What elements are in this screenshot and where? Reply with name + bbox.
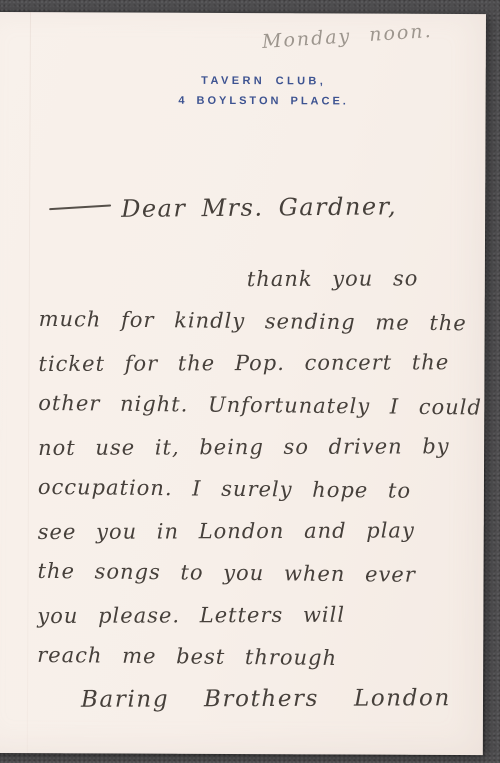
letter-paper: Monday noon. TAVERN CLUB, 4 BOYLSTON PLA… (0, 12, 486, 755)
flourish-dash (49, 204, 111, 210)
letter-line: the songs to you when ever (37, 550, 463, 596)
letter-line: thank you so (39, 257, 465, 301)
letter-line: other night. Unfortunately I could (38, 382, 464, 428)
letter-line-signoff: Baring Brothers London (37, 677, 463, 721)
letter-line: ticket for the Pop. concert the (38, 341, 464, 385)
letter-line: reach me best through (37, 634, 463, 680)
letter-line: you please. Letters will (37, 593, 463, 637)
letterhead: TAVERN CLUB, 4 BOYLSTON PLACE. (0, 74, 486, 108)
letter-line: occupation. I surely hope to (38, 466, 464, 512)
photo-background: Monday noon. TAVERN CLUB, 4 BOYLSTON PLA… (0, 0, 500, 763)
handwritten-date-note: Monday noon. (261, 20, 433, 53)
salutation-text: Dear Mrs. Gardner, (121, 192, 397, 223)
salutation: Dear Mrs. Gardner, (49, 192, 397, 223)
letter-line: much for kindly sending me the (38, 298, 464, 344)
letter-body: thank you so much for kindly sending me … (37, 257, 465, 721)
paper-crease (27, 12, 31, 753)
letter-line: not use it, being so driven by (38, 425, 464, 469)
letterhead-club-name: TAVERN CLUB, (42, 74, 486, 88)
letterhead-address: 4 BOYLSTON PLACE. (42, 94, 486, 108)
letter-line: see you in London and play (38, 509, 464, 553)
